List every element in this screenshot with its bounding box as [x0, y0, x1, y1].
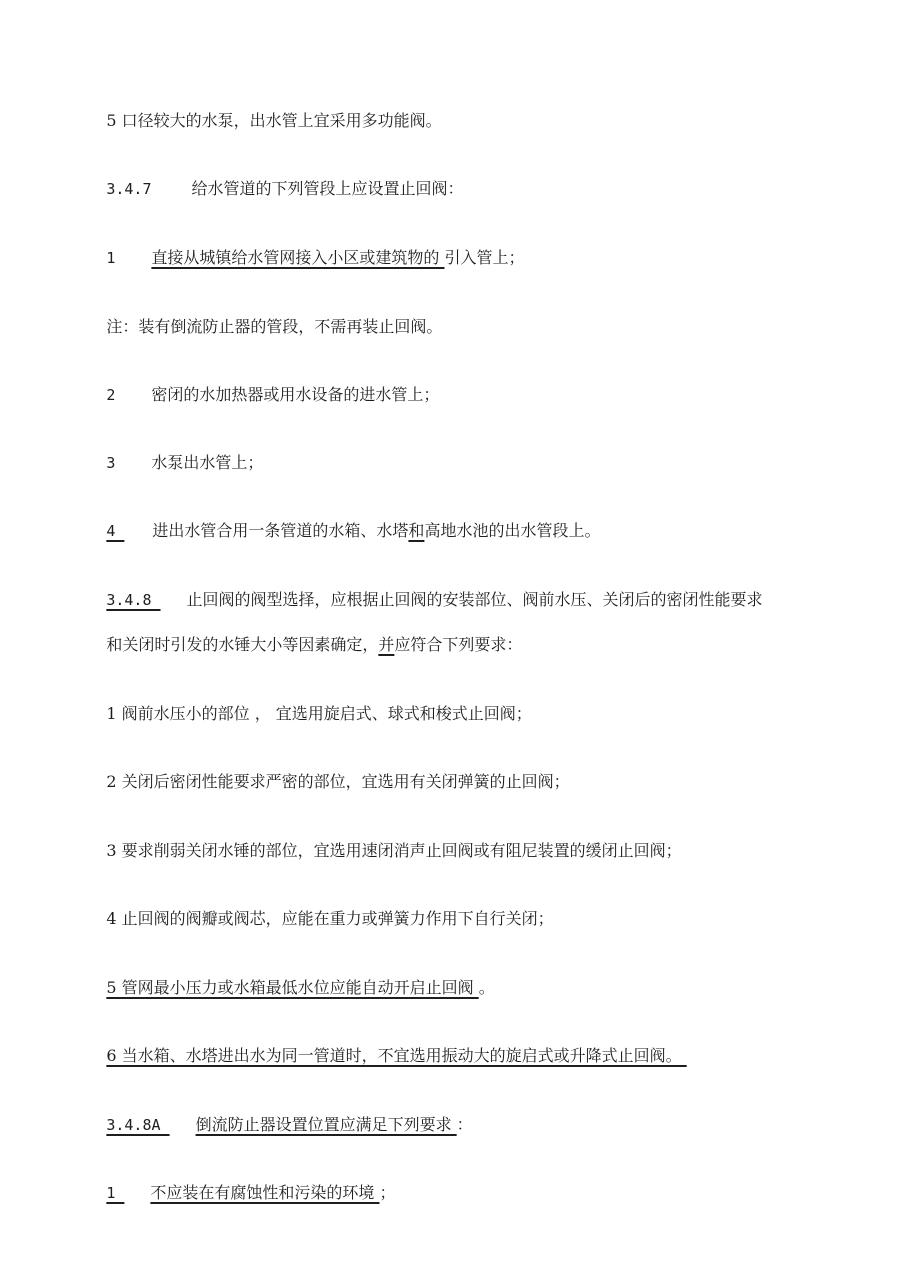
item-number: 1: [106, 1184, 124, 1202]
text: 4 止回阀的阀瓣或阀芯，应能在重力或弹簧力作用下自行关闭；: [106, 909, 553, 928]
req-1-no-corrosive-environment: 1 不应装在有腐蚀性和污染的环境 ；: [86, 1160, 396, 1226]
clause-3-4-8a: 3.4.8A 倒流防止器设置位置应满足下列要求 ：: [86, 1092, 473, 1158]
underlined-text: 不应装在有腐蚀性和污染的环境: [150, 1183, 379, 1202]
text: 。: [479, 978, 495, 997]
text: 密闭的水加热器或用水设备的进水管上；: [151, 385, 439, 404]
text: 应符合下列要求：: [394, 635, 522, 654]
item-4-shared-pipe: 4 进出水管合用一条管道的水箱、水塔和高地水池的出水管段上。: [86, 498, 600, 564]
req-2-tight-seal: 2 关闭后密闭性能要求严密的部位，宜选用有关闭弹簧的止回阀；: [86, 749, 570, 815]
text: ：: [457, 1115, 473, 1134]
req-6-shared-pipe-tank: 6 当水箱、水塔进出水为同一管道时，不宜选用振动大的旋启式或升降式止回阀。: [86, 1023, 687, 1089]
clause-3-4-7: 3.4.7给水管道的下列管段上应设置止回阀：: [86, 156, 464, 222]
text: 和关闭时引发的水锤大小等因素确定，: [106, 635, 378, 654]
req-3-water-hammer: 3 要求削弱关闭水锤的部位，宜选用速闭消声止回阀或有阻尼装置的缓闭止回阀；: [86, 818, 682, 884]
note-text: 注：装有倒流防止器的管段，不需再装止回阀。: [106, 317, 442, 336]
note-backflow-preventer: 注：装有倒流防止器的管段，不需再装止回阀。: [86, 294, 442, 360]
clause-number: 3.4.7: [106, 180, 151, 198]
text: 5 口径较大的水泵，出水管上宜采用多功能阀。: [106, 111, 441, 130]
text: 引入管上；: [444, 248, 524, 267]
underlined-text: 6 当水箱、水塔进出水为同一管道时，不宜选用振动大的旋启式或升降式止回阀。: [106, 1046, 686, 1065]
item-1-inlet-pipe: 1直接从城镇给水管网接入小区或建筑物的 引入管上；: [86, 225, 524, 291]
req-5-auto-open: 5 管网最小压力或水箱最低水位应能自动开启止回阀 。: [86, 955, 495, 1021]
underlined-text: 直接从城镇给水管网接入小区或建筑物的: [151, 248, 444, 267]
clause-text: 给水管道的下列管段上应设置止回阀：: [192, 179, 464, 198]
req-4-self-closing: 4 止回阀的阀瓣或阀芯，应能在重力或弹簧力作用下自行关闭；: [86, 886, 554, 952]
req-1-low-pressure: 1 阀前水压小的部位 ， 宜选用旋启式、球式和梭式止回阀；: [86, 681, 532, 747]
text: 进出水管合用一条管道的水箱、水塔: [152, 521, 408, 540]
item-3-pump-outlet: 3水泵出水管上；: [86, 430, 263, 496]
item-number: 4: [106, 522, 124, 540]
clause-number: 3.4.8A: [106, 1116, 169, 1134]
clause-text: 止回阀的阀型选择，应根据止回阀的安装部位、阀前水压、关闭后的密闭性能要求: [187, 590, 763, 609]
clause-3-4-8-continued: 和关闭时引发的水锤大小等因素确定，并应符合下列要求：: [86, 612, 522, 678]
text: 2 关闭后密闭性能要求严密的部位，宜选用有关闭弹簧的止回阀；: [106, 772, 569, 791]
underlined-text: 和: [408, 521, 424, 540]
underlined-text: 倒流防止器设置位置应满足下列要求: [196, 1115, 457, 1134]
text: 水泵出水管上；: [151, 453, 263, 472]
clause-number: 3.4.8: [106, 591, 160, 609]
item-2-closed-heater: 2密闭的水加热器或用水设备的进水管上；: [86, 362, 439, 428]
item-number: 2: [106, 386, 115, 404]
underlined-text: 并: [378, 635, 394, 654]
text: 高地水池的出水管段上。: [424, 521, 600, 540]
item-number: 3: [106, 454, 115, 472]
item-5-multifunction-valve: 5 口径较大的水泵，出水管上宜采用多功能阀。: [86, 88, 442, 154]
text: ；: [380, 1183, 396, 1202]
underlined-text: 5 管网最小压力或水箱最低水位应能自动开启止回阀: [106, 978, 478, 997]
text: 1 阀前水压小的部位 ， 宜选用旋启式、球式和梭式止回阀；: [106, 704, 531, 723]
item-number: 1: [106, 249, 115, 267]
text: 3 要求削弱关闭水锤的部位，宜选用速闭消声止回阀或有阻尼装置的缓闭止回阀；: [106, 841, 681, 860]
